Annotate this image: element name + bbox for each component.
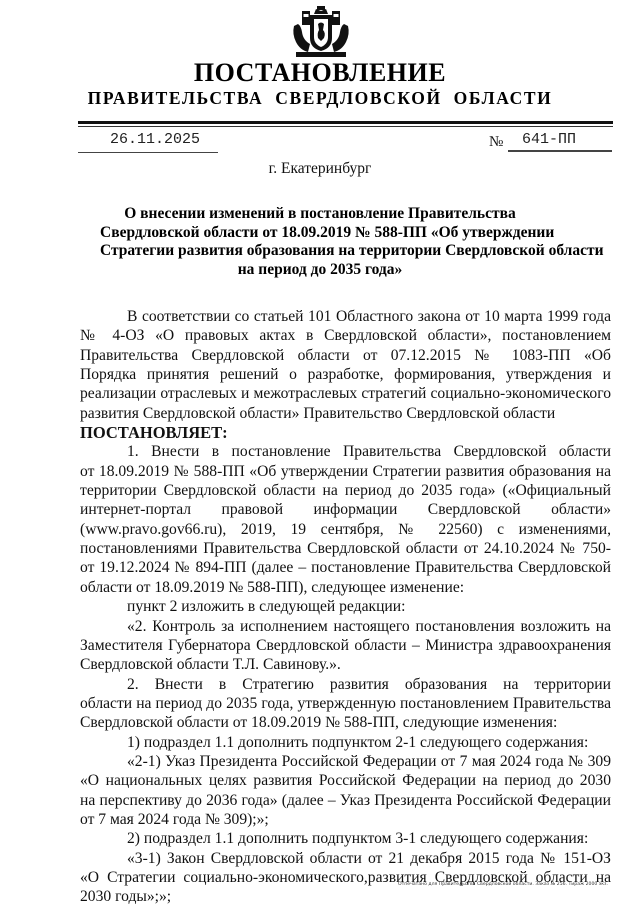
body-line: от 7 мая 2024 года № 309);»; [80, 810, 611, 829]
body-line: «О национальных целях развития Российско… [80, 771, 611, 790]
heading-line: Стратегии развития образования на террит… [100, 242, 540, 261]
heading-line: Свердловской области от 18.09.2019 № 588… [100, 224, 540, 243]
body-line: от 19.12.2024 № 894-ПП (далее – постанов… [80, 558, 611, 577]
body-line: области от 18.09.2019 № 588-ПП), следующ… [80, 578, 611, 597]
body-line: пункт 2 изложить в следующей редакции: [80, 597, 611, 616]
print-footer: Отпечатано для Правительства Свердловско… [398, 882, 608, 887]
resolution-keyword: ПОСТАНОВЛЯЕТ: [80, 423, 611, 442]
body-line: «2. Контроль за исполнением настоящего п… [80, 617, 611, 636]
body-line: (www.pravo.gov66.ru), 2019, 19 сентября,… [80, 520, 611, 539]
coat-of-arms-icon [288, 4, 354, 60]
document-page: ПОСТАНОВЛЕНИЕ ПРАВИТЕЛЬСТВА СВЕРДЛОВСКОЙ… [0, 0, 640, 905]
body-line: территории Свердловской области на перио… [80, 481, 611, 500]
document-heading: О внесении изменений в постановление Пра… [100, 205, 540, 279]
body-line: «2-1) Указ Президента Российской Федерац… [80, 752, 611, 771]
body-line: Правительства Свердловской области от 07… [80, 346, 611, 365]
body-line: от 18.09.2019 № 588-ПП «Об утверждении С… [80, 462, 611, 481]
body-line: Свердловской области от 18.09.2019 № 588… [80, 713, 611, 732]
body-line: «3-1) Закон Свердловской области от 21 д… [80, 849, 611, 868]
header-rule-thick [78, 121, 613, 124]
body-line: интернет-портал правовой информации Свер… [80, 500, 611, 519]
date-underline [78, 152, 218, 153]
body-line: № 4-ОЗ «О правовых актах в Свердловской … [80, 326, 611, 345]
body-line: Свердловской области Т.Л. Савинову.». [80, 655, 611, 674]
body-line: Заместителя Губернатора Свердловской обл… [80, 636, 611, 655]
number-label: № [489, 134, 503, 151]
body-line: Порядка принятия решений о разработке, ф… [80, 365, 611, 384]
body-line: постановлениями Правительства Свердловск… [80, 539, 611, 558]
body-line: на перспективу до 2036 года» (далее – Ук… [80, 791, 611, 810]
body-line: 2) подраздел 1.1 дополнить подпунктом 3-… [80, 829, 611, 848]
number-underline [508, 150, 612, 152]
body-line: 2. Внести в Стратегию развития образован… [80, 675, 611, 694]
body-line: 1. Внести в постановление Правительства … [80, 442, 611, 461]
body-line: реализации отраслевых и межотраслевых ст… [80, 384, 611, 403]
document-type-title: ПОСТАНОВЛЕНИЕ [0, 58, 640, 88]
issuing-authority: ПРАВИТЕЛЬСТВА СВЕРДЛОВСКОЙ ОБЛАСТИ [0, 88, 640, 109]
city: г. Екатеринбург [0, 160, 640, 178]
body-line: области на период до 2035 года, утвержде… [80, 694, 611, 713]
document-date: 26.11.2025 [110, 131, 200, 148]
body-line: 2030 годы»;»; [80, 887, 611, 905]
body-line: развития Свердловской области» Правитель… [80, 404, 611, 423]
header-rule-thin [78, 126, 613, 127]
document-body: В соответствии со статьей 101 Областного… [80, 307, 611, 905]
body-line: В соответствии со статьей 101 Областного… [80, 307, 611, 326]
body-line: 1) подраздел 1.1 дополнить подпунктом 2-… [80, 733, 611, 752]
heading-line: О внесении изменений в постановление Пра… [100, 205, 540, 224]
document-number: 641-ПП [522, 131, 576, 148]
heading-line: на период до 2035 года» [100, 261, 540, 280]
